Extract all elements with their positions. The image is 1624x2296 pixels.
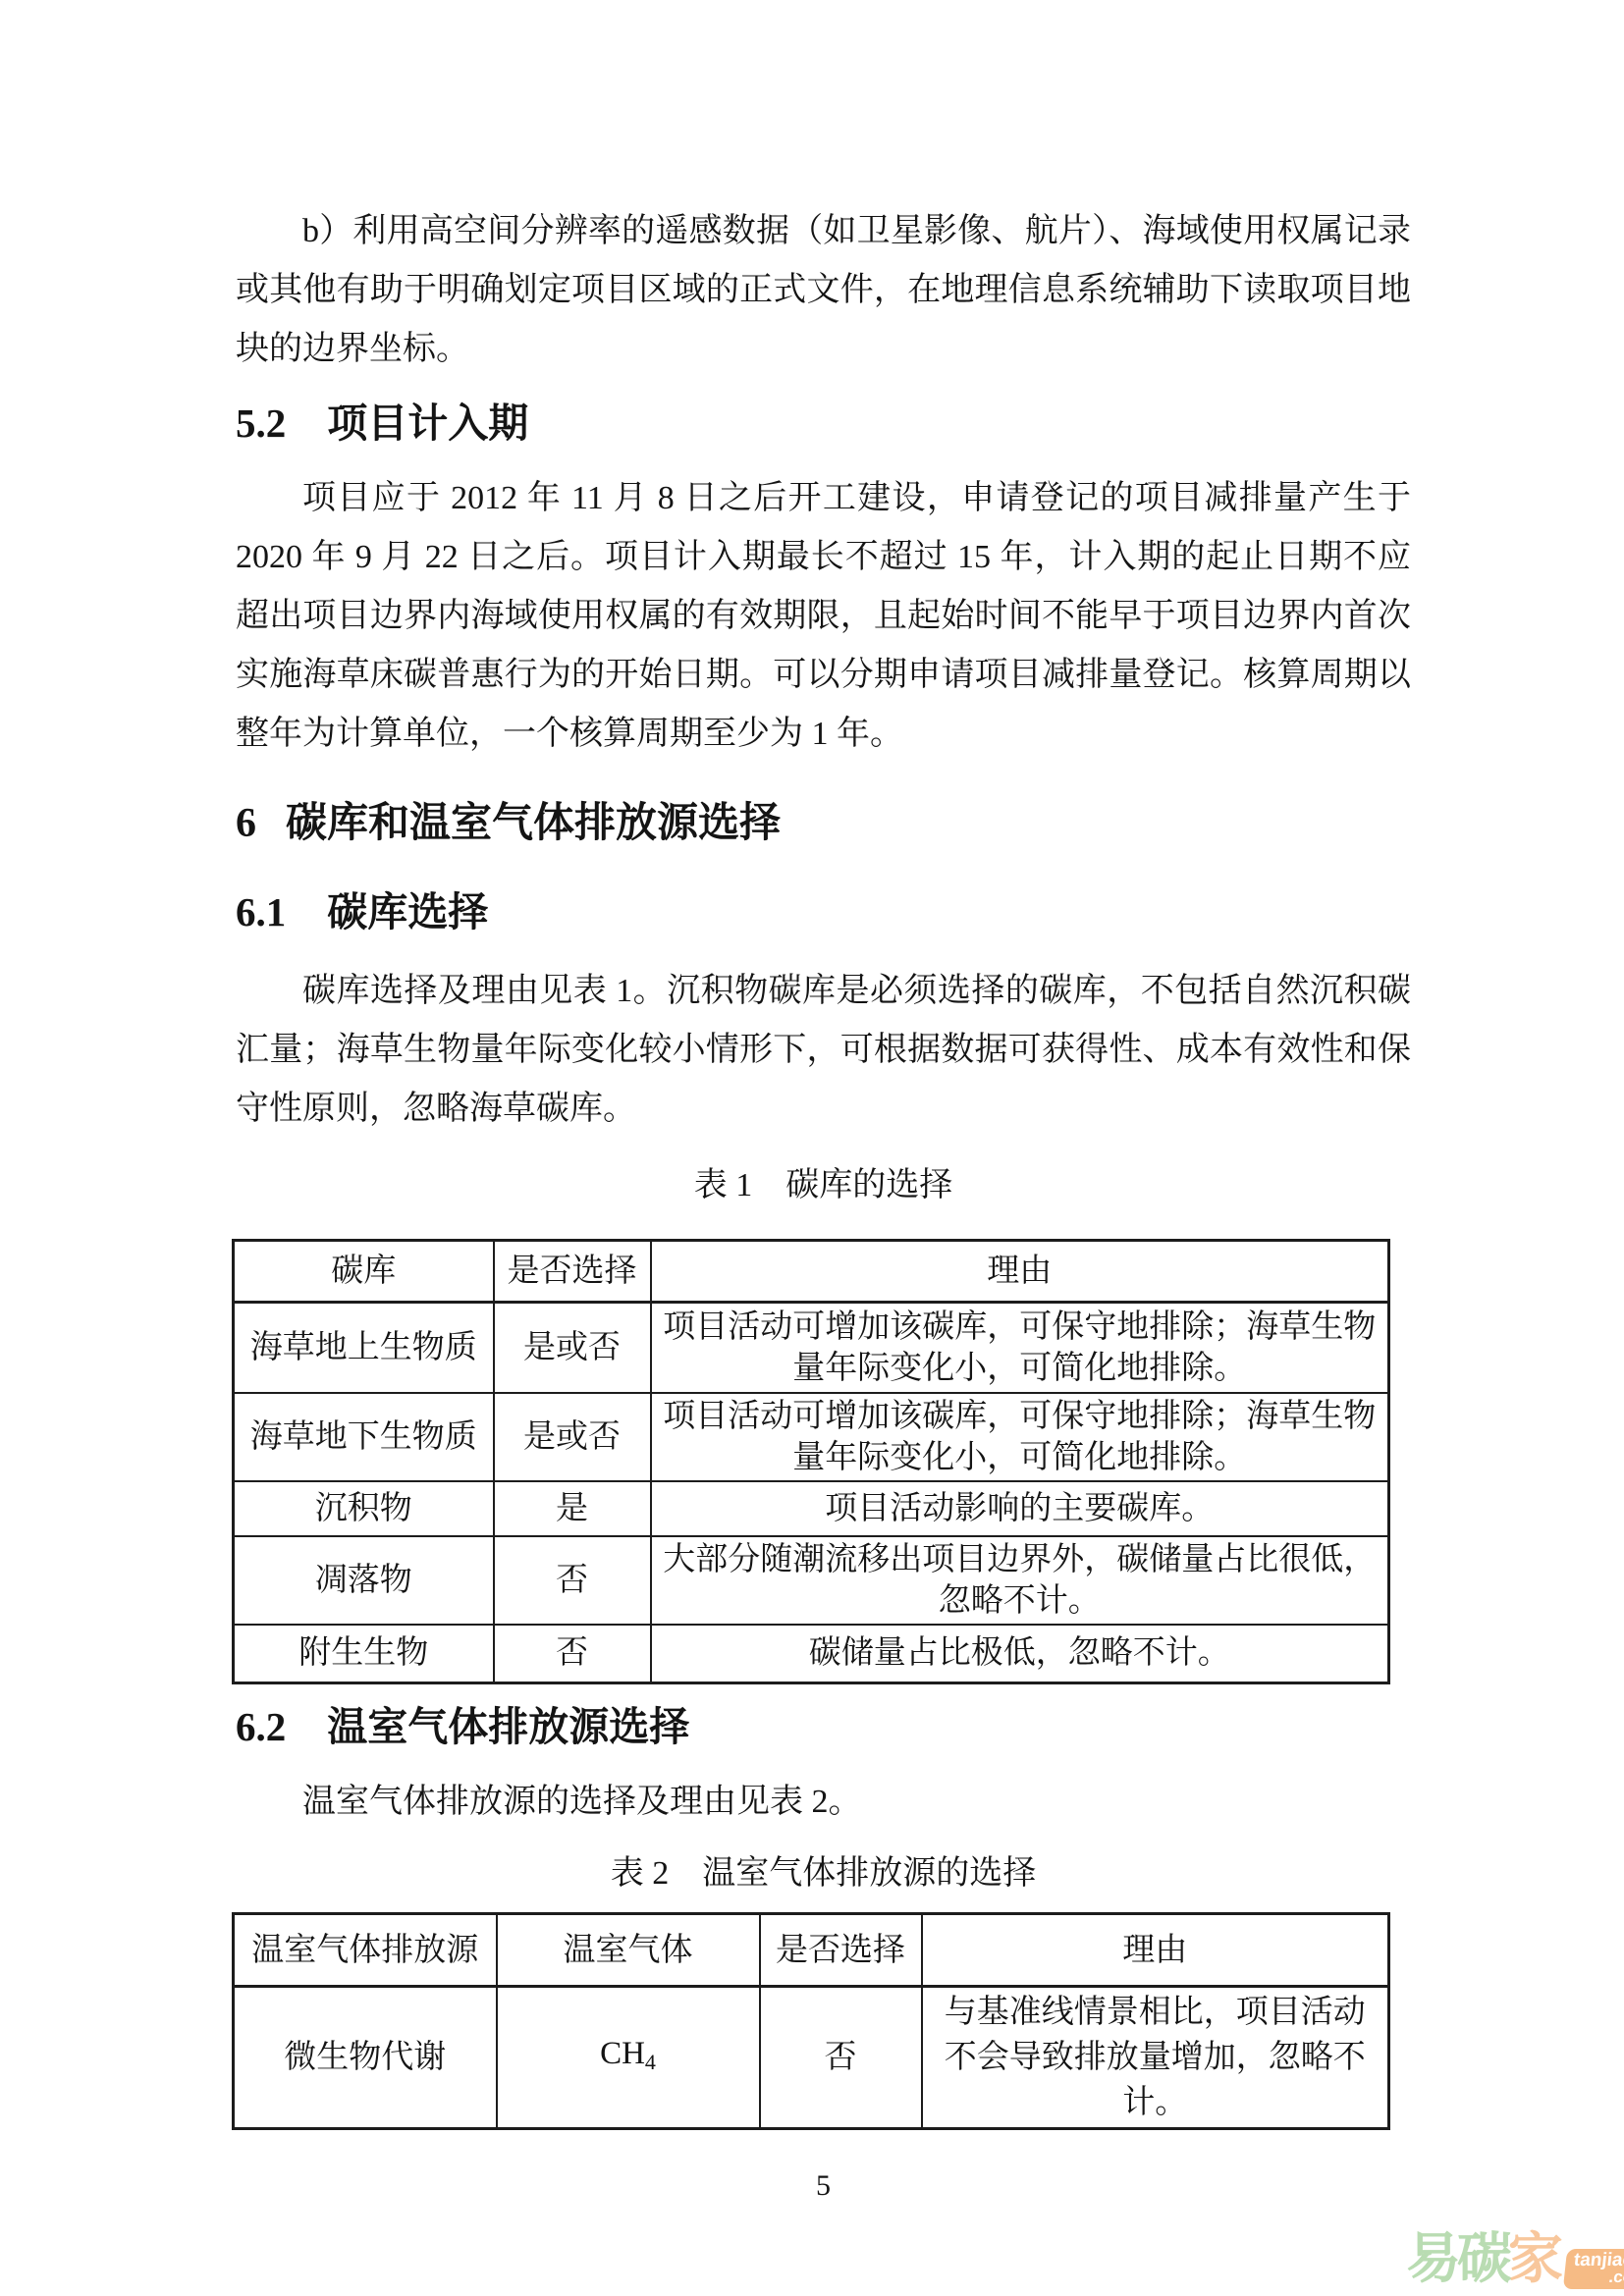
table2-header-source: 温室气体排放源 <box>234 1914 497 1987</box>
heading-6-1-number: 6.1 <box>236 885 286 939</box>
paragraph-6-2: 温室气体排放源的选择及理由见表 2。 <box>236 1773 1411 1832</box>
table-row: 温室气体排放源 温室气体 是否选择 理由 <box>234 1914 1389 1987</box>
page-number: 5 <box>236 2169 1411 2203</box>
table2-header-selected: 是否选择 <box>760 1914 922 1987</box>
paragraph-6-1: 碳库选择及理由见表 1。沉积物碳库是必须选择的碳库，不包括自然沉积碳汇量；海草生… <box>236 962 1411 1139</box>
table1-cell: 项目活动可增加该碳库，可保守地排除；海草生物量年际变化小，可简化地排除。 <box>651 1303 1389 1393</box>
table-ghg-sources: 温室气体排放源 温室气体 是否选择 理由 微生物代谢 CH4 否 与基准线情景相… <box>232 1912 1390 2130</box>
table1-header-selected: 是否选择 <box>494 1241 651 1303</box>
gas-formula: CH <box>600 2036 645 2071</box>
table1-cell: 否 <box>494 1536 651 1625</box>
table2-cell-source: 微生物代谢 <box>234 1987 497 2129</box>
table1-cell: 是 <box>494 1481 651 1536</box>
table-row: 凋落物 否 大部分随潮流移出项目边界外，碳储量占比很低，忽略不计。 <box>234 1536 1389 1625</box>
heading-6-title: 碳库和温室气体排放源选择 <box>286 801 781 846</box>
table1-cell: 项目活动可增加该碳库，可保守地排除；海草生物量年际变化小，可简化地排除。 <box>651 1393 1389 1481</box>
table-row: 海草地上生物质 是或否 项目活动可增加该碳库，可保守地排除；海草生物量年际变化小… <box>234 1303 1389 1393</box>
table1-cell: 是或否 <box>494 1393 651 1481</box>
table1-cell: 碳储量占比极低，忽略不计。 <box>651 1625 1389 1683</box>
table1-cell: 海草地上生物质 <box>234 1303 494 1393</box>
table1-header-reason: 理由 <box>651 1241 1389 1303</box>
table-row: 微生物代谢 CH4 否 与基准线情景相比，项目活动不会导致排放量增加，忽略不计。 <box>234 1987 1389 2129</box>
table1-cell: 项目活动影响的主要碳库。 <box>651 1481 1389 1536</box>
table1-cell: 沉积物 <box>234 1481 494 1536</box>
gas-subscript: 4 <box>645 2050 656 2074</box>
heading-6-2-number: 6.2 <box>236 1700 286 1754</box>
table-carbon-pools: 碳库 是否选择 理由 海草地上生物质 是或否 项目活动可增加该碳库，可保守地排除… <box>232 1239 1390 1684</box>
watermark-badge-line1: tanjiaoyi <box>1573 2252 1624 2269</box>
heading-5-2-number: 5.2 <box>236 397 286 451</box>
watermark-badge-line2: .com <box>1571 2269 1624 2285</box>
table1-cell: 海草地下生物质 <box>234 1393 494 1481</box>
heading-6-1: 6.1碳库选择 <box>236 885 1411 939</box>
heading-6: 6碳库和温室气体排放源选择 <box>236 797 1411 851</box>
watermark-badge: tanjiaoyi .com <box>1563 2249 1624 2289</box>
table1-cell: 凋落物 <box>234 1536 494 1625</box>
table2-cell-gas: CH4 <box>497 1987 760 2129</box>
table2-caption: 表 2 温室气体排放源的选择 <box>236 1851 1411 1896</box>
heading-5-2: 5.2项目计入期 <box>236 397 1411 451</box>
table1-caption: 表 1 碳库的选择 <box>236 1163 1411 1207</box>
table-row: 沉积物 是 项目活动影响的主要碳库。 <box>234 1481 1389 1536</box>
watermark-text-green: 易碳 <box>1406 2230 1508 2289</box>
table1-cell: 大部分随潮流移出项目边界外，碳储量占比很低，忽略不计。 <box>651 1536 1389 1625</box>
table1-cell: 附生生物 <box>234 1625 494 1683</box>
table1-cell: 是或否 <box>494 1303 651 1393</box>
table2-cell-selected: 否 <box>760 1987 922 2129</box>
table-row: 海草地下生物质 是或否 项目活动可增加该碳库，可保守地排除；海草生物量年际变化小… <box>234 1393 1389 1481</box>
watermark-logo: 易碳家 tanjiaoyi .com <box>1406 2224 1624 2289</box>
heading-6-2-title: 温室气体排放源选择 <box>327 1704 689 1749</box>
heading-6-2: 6.2温室气体排放源选择 <box>236 1700 1411 1754</box>
table2-header-reason: 理由 <box>922 1914 1389 1987</box>
table2-cell-reason: 与基准线情景相比，项目活动不会导致排放量增加，忽略不计。 <box>922 1987 1389 2129</box>
heading-6-number: 6 <box>236 797 256 851</box>
table-row: 碳库 是否选择 理由 <box>234 1241 1389 1303</box>
document-page: b）利用高空间分辨率的遥感数据（如卫星影像、航片）、海域使用权属记录或其他有助于… <box>0 0 1624 2296</box>
heading-5-2-title: 项目计入期 <box>327 400 528 446</box>
paragraph-5-2: 项目应于 2012 年 11 月 8 日之后开工建设，申请登记的项目减排量产生于… <box>236 469 1411 764</box>
table1-cell: 否 <box>494 1625 651 1683</box>
table2-header-gas: 温室气体 <box>497 1914 760 1987</box>
watermark-text-orange: 家 <box>1508 2230 1559 2289</box>
table1-header-pool: 碳库 <box>234 1241 494 1303</box>
table-row: 附生生物 否 碳储量占比极低，忽略不计。 <box>234 1625 1389 1683</box>
heading-6-1-title: 碳库选择 <box>327 889 488 934</box>
paragraph-item-b: b）利用高空间分辨率的遥感数据（如卫星影像、航片）、海域使用权属记录或其他有助于… <box>236 202 1411 379</box>
